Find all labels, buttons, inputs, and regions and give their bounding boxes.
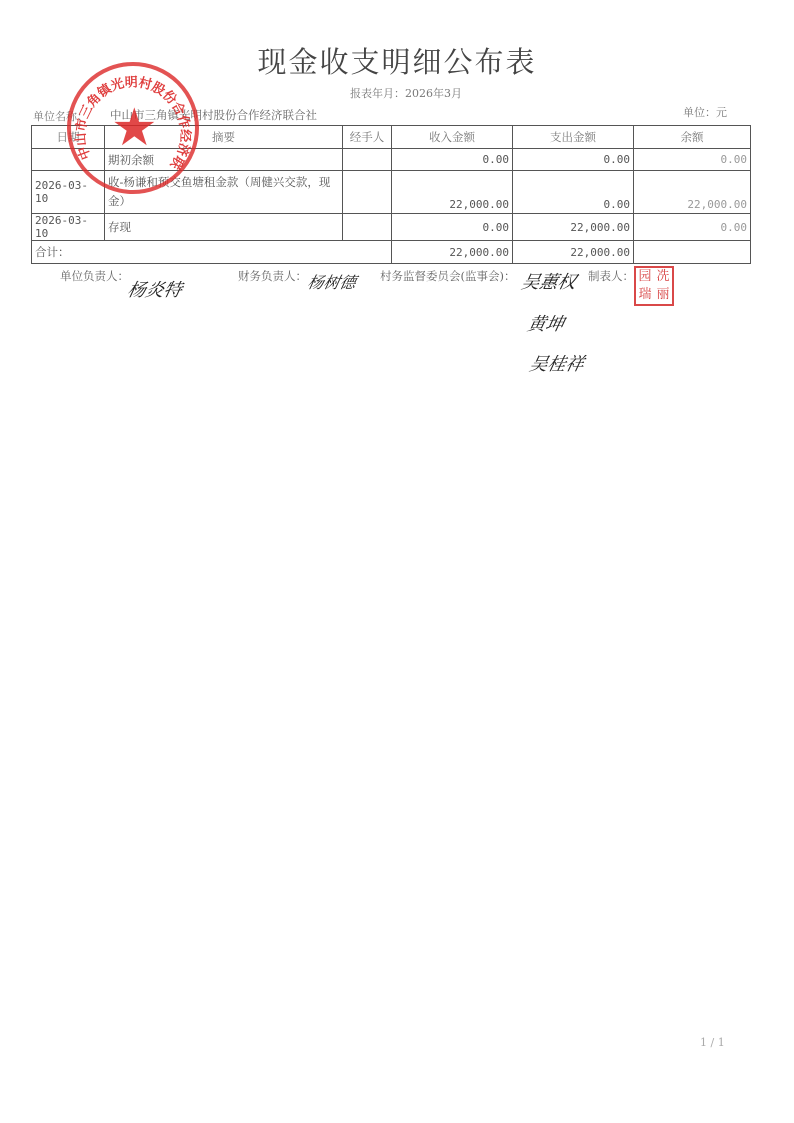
row-summary: 存现 — [105, 214, 343, 241]
row-expense: 0.00 — [513, 149, 634, 171]
col-balance: 余额 — [634, 126, 751, 149]
period-value: 2026年3月 — [405, 87, 462, 100]
col-expense: 支出金额 — [513, 126, 634, 149]
total-label: 合计： — [32, 241, 392, 264]
table-row: 2026-03-10 存现 0.00 22,000.00 0.00 — [32, 214, 751, 241]
currency-unit: 单位：元 — [683, 104, 727, 120]
row-expense: 22,000.00 — [513, 214, 634, 241]
row-income: 0.00 — [392, 214, 513, 241]
row-income: 0.00 — [392, 149, 513, 171]
col-handler: 经手人 — [343, 126, 392, 149]
supervisory-signature-2: 黄坤 — [525, 310, 567, 336]
row-balance: 0.00 — [634, 149, 751, 171]
preparer-seal: 园 冼 瑞 丽 — [634, 266, 674, 306]
page-number: 1 / 1 — [700, 1036, 725, 1049]
stamp-ring-text: 中山市三角镇光明村股份合作经济联合社 — [71, 66, 195, 190]
total-row: 合计： 22,000.00 22,000.00 — [32, 241, 751, 264]
finance-head-signature: 杨树德 — [306, 270, 359, 293]
row-balance: 0.00 — [634, 214, 751, 241]
row-date: 2026-03-10 — [32, 214, 105, 241]
supervisory-signature-1: 吴蕙权 — [519, 268, 579, 294]
total-balance — [634, 241, 751, 264]
finance-head-label: 财务负责人： — [238, 268, 307, 284]
row-expense: 0.00 — [513, 171, 634, 214]
svg-text:中山市三角镇光明村股份合作经济联合社: 中山市三角镇光明村股份合作经济联合社 — [71, 66, 193, 172]
total-expense: 22,000.00 — [513, 241, 634, 264]
seal-char: 瑞 — [636, 286, 654, 304]
seal-char: 丽 — [654, 286, 672, 304]
official-stamp: ★ 中山市三角镇光明村股份合作经济联合社 — [67, 62, 199, 194]
row-balance: 22,000.00 — [634, 171, 751, 214]
supervisory-label: 村务监督委员会(监事会)： — [380, 268, 515, 284]
unit-head-label: 单位负责人： — [60, 268, 129, 284]
row-handler — [343, 149, 392, 171]
seal-char: 园 — [636, 268, 654, 286]
report-period: 报表年月：2026年3月 — [350, 85, 462, 101]
col-income: 收入金额 — [392, 126, 513, 149]
supervisory-signature-3: 吴桂祥 — [527, 350, 587, 376]
period-label: 报表年月： — [350, 87, 405, 100]
unit-head-signature: 杨炎特 — [125, 276, 185, 302]
seal-char: 冼 — [654, 268, 672, 286]
row-income: 22,000.00 — [392, 171, 513, 214]
row-handler — [343, 171, 392, 214]
row-handler — [343, 214, 392, 241]
preparer-label: 制表人： — [588, 268, 634, 284]
total-income: 22,000.00 — [392, 241, 513, 264]
